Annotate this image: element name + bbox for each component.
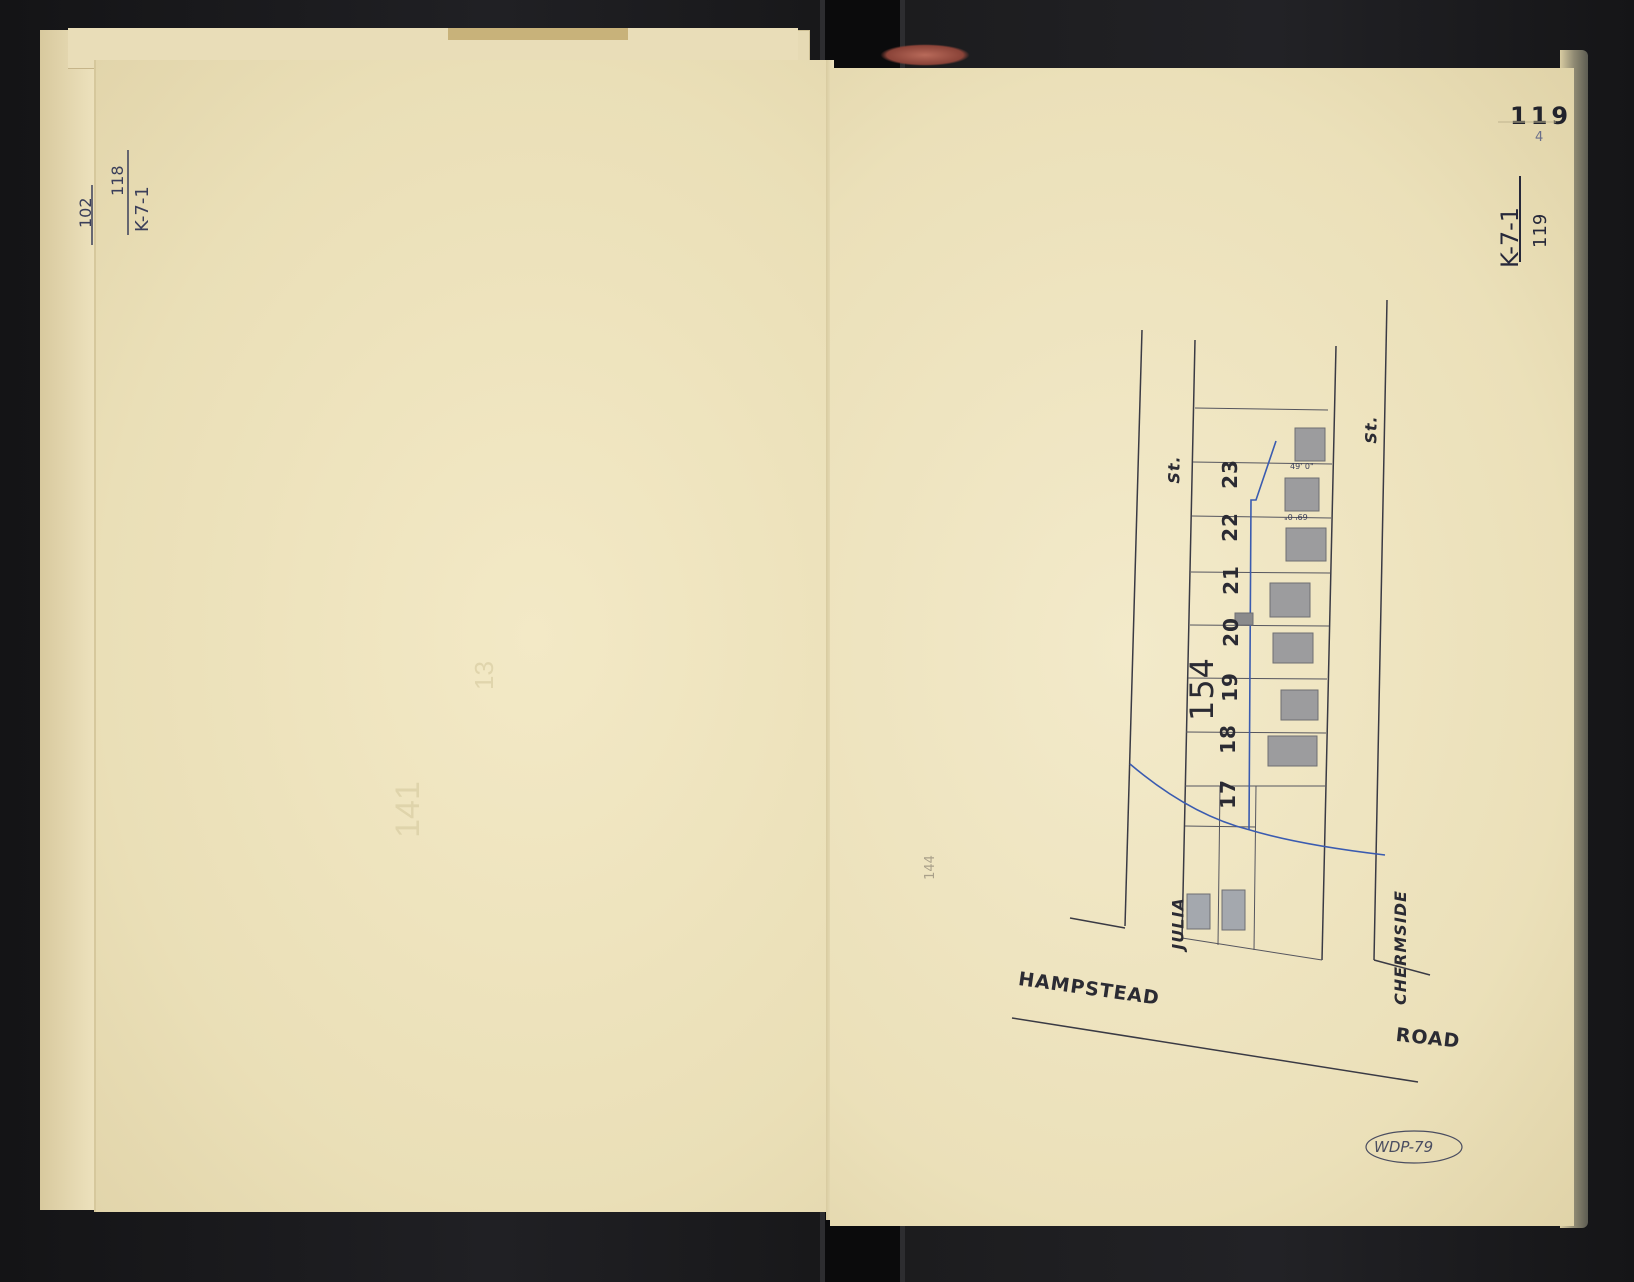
bleed-through-text: 13 [469,661,500,690]
pencil-margin-mark: 144 [923,855,938,880]
bleed-through-text: 141 [389,781,428,838]
street-suffix-julia: St. [1165,455,1184,483]
paper-damage [448,28,628,40]
sheet-code: K-7-1 [1496,207,1524,268]
measurement-lot22: 69' 0" [1284,512,1308,521]
lot-label-19: 19 [1218,672,1242,702]
sheet-code-denominator: 119 [1530,214,1551,248]
street-label-chermside: CHERMSIDE [1391,890,1410,1005]
left-page-ref-118: 118 [108,165,127,196]
page-number-sub: 4 [1535,130,1543,145]
lot-label-17: 17 [1216,779,1240,809]
lot-label-22: 22 [1218,512,1242,542]
lot-label-18: 18 [1216,724,1240,754]
left-page [96,60,826,1212]
red-binding-damage [880,44,970,66]
left-page-ref-102: 102 [76,197,95,228]
right-page [830,68,1574,1226]
lot-label-20: 20 [1219,617,1243,647]
street-suffix-chermside: St. [1362,415,1381,443]
measurement-lot23: 49' 0" [1290,462,1314,471]
left-sheet-code: K-7-1 [132,186,153,232]
street-label-julia: JULIA [1169,897,1188,949]
lot-label-23: 23 [1218,459,1242,489]
page-number: 119 [1510,102,1572,130]
stamp-wdp: WDP-79 [1374,1138,1433,1156]
lot-label-21: 21 [1219,565,1243,595]
block-number: 154 [1183,657,1221,721]
